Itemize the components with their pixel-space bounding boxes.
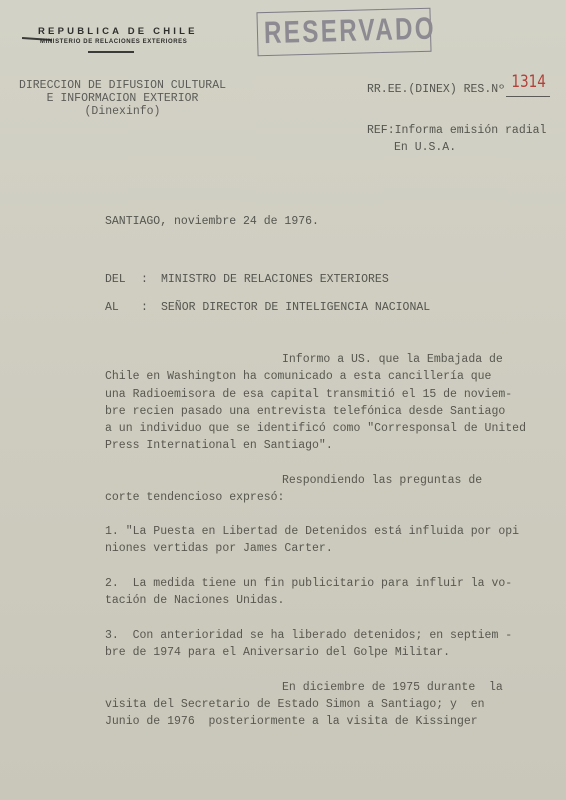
item2-line: tación de Naciones Unidas. <box>105 592 284 609</box>
reservado-stamp: RESERVADO <box>256 8 431 57</box>
department-line2: E INFORMACION EXTERIOR <box>15 92 230 105</box>
para1-line: una Radioemisora de esa capital transmit… <box>105 386 512 403</box>
reference-line1: REF:Informa emisión radial <box>367 124 546 137</box>
department-line3: (Dinexinfo) <box>15 105 230 118</box>
para3-line: En diciembre de 1975 durante la <box>282 679 503 696</box>
resolution-underline <box>506 96 550 97</box>
para1-line: a un individuo que se identificó como "C… <box>105 420 526 437</box>
resolution-prefix: RR.EE.(DINEX) RES.Nº <box>367 83 505 96</box>
para1-line: Informo a US. que la Embajada de <box>282 351 503 368</box>
para1-line: Press International en Santiago". <box>105 437 333 454</box>
para1-line: bre recien pasado una entrevista telefón… <box>105 403 505 420</box>
from-value: MINISTRO DE RELACIONES EXTERIORES <box>161 273 389 286</box>
letterhead-country: REPUBLICA DE CHILE <box>38 26 198 37</box>
item3-line: 3. Con anterioridad se ha liberado deten… <box>105 627 512 644</box>
department-line1: DIRECCION DE DIFUSION CULTURAL <box>15 79 230 92</box>
letterhead-underline <box>88 51 134 53</box>
document-page: REPUBLICA DE CHILE MINISTERIO DE RELACIO… <box>0 0 566 800</box>
para3-line: visita del Secretario de Estado Simon a … <box>105 696 485 713</box>
to-separator: : <box>141 301 148 314</box>
para2-line: Respondiendo las preguntas de <box>282 472 482 489</box>
item3-line: bre de 1974 para el Aniversario del Golp… <box>105 644 450 661</box>
item1-line: 1. "La Puesta en Libertad de Detenidos e… <box>105 523 519 540</box>
resolution-number-handwritten: 1314 <box>511 72 546 92</box>
para3-line: Junio de 1976 posteriormente a la visita… <box>105 713 478 730</box>
to-value: SEÑOR DIRECTOR DE INTELIGENCIA NACIONAL <box>161 301 430 314</box>
reference-line2: En U.S.A. <box>394 141 456 154</box>
stamp-text: RESERVADO <box>264 11 437 51</box>
item2-line: 2. La medida tiene un fin publicitario p… <box>105 575 512 592</box>
para2-line: corte tendencioso expresó: <box>105 489 284 506</box>
letterhead-ministry: MINISTERIO DE RELACIONES EXTERIORES <box>40 39 187 45</box>
from-label: DEL <box>105 273 126 286</box>
item1-line: niones vertidas por James Carter. <box>105 540 333 557</box>
para1-line: Chile en Washington ha comunicado a esta… <box>105 368 491 385</box>
from-separator: : <box>141 273 148 286</box>
to-label: AL <box>105 301 119 314</box>
date-line: SANTIAGO, noviembre 24 de 1976. <box>105 215 319 228</box>
